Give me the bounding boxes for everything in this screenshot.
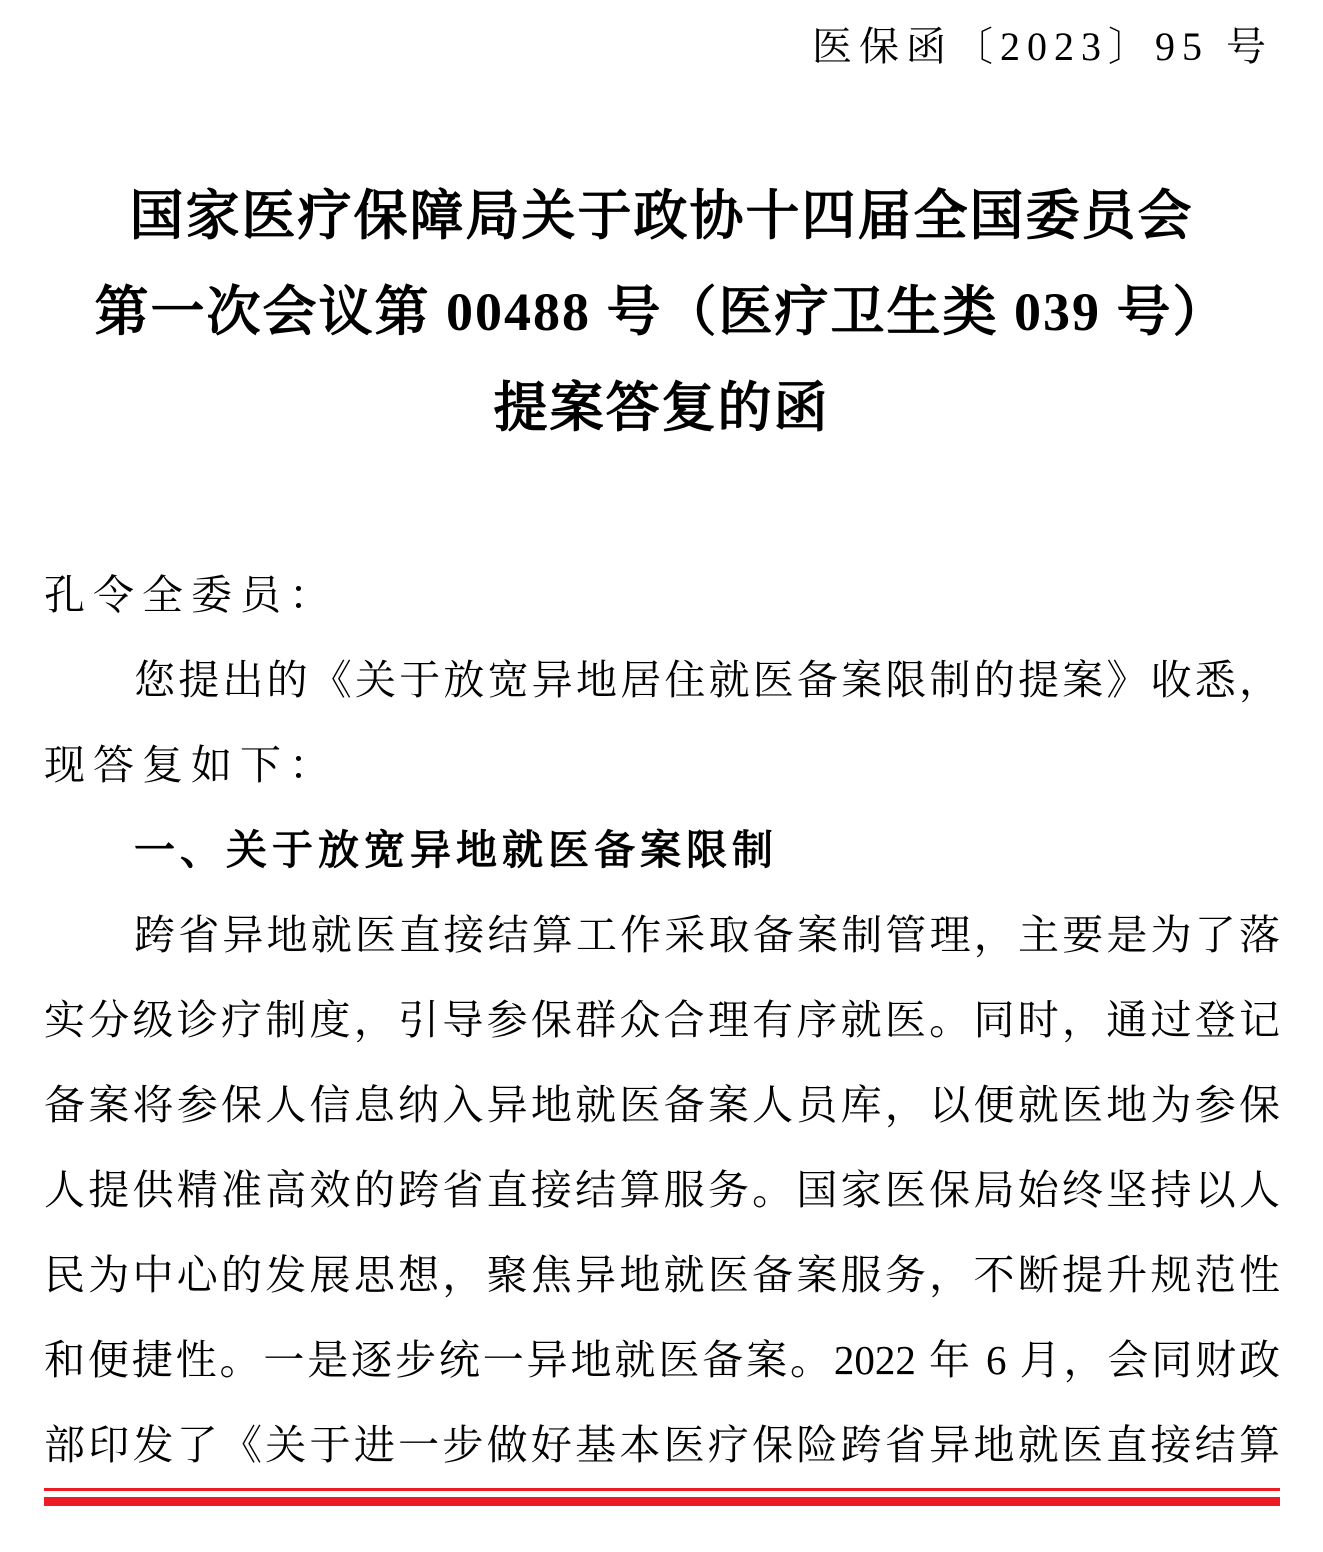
body-line: 现答复如下： xyxy=(44,723,1280,808)
letter-body: 孔令全委员： 您提出的《关于放宽异地居住就医备案限制的提案》收悉， 现答复如下：… xyxy=(44,553,1280,1488)
body-line: 您提出的《关于放宽异地居住就医备案限制的提案》收悉， xyxy=(44,638,1280,723)
body-line: 和便捷性。一是逐步统一异地就医备案。2022 年 6 月，会同财政 xyxy=(44,1318,1280,1403)
title-line-1: 国家医疗保障局关于政协十四届全国委员会 xyxy=(0,168,1323,264)
document-title: 国家医疗保障局关于政协十四届全国委员会 第一次会议第 00488 号（医疗卫生类… xyxy=(0,168,1323,456)
red-separator-thin-line xyxy=(44,1488,1280,1491)
body-line: 跨省异地就医直接结算工作采取备案制管理，主要是为了落 xyxy=(44,893,1280,978)
salutation: 孔令全委员： xyxy=(44,553,1280,638)
body-line: 人提供精准高效的跨省直接结算服务。国家医保局始终坚持以人 xyxy=(44,1148,1280,1233)
red-separator-thick-line xyxy=(44,1497,1280,1506)
document-reference-number: 医保函〔2023〕95 号 xyxy=(812,18,1273,76)
official-letter-page: 医保函〔2023〕95 号 国家医疗保障局关于政协十四届全国委员会 第一次会议第… xyxy=(0,0,1323,1552)
body-line: 部印发了《关于进一步做好基本医疗保险跨省异地就医直接结算 xyxy=(44,1403,1280,1488)
body-line: 民为中心的发展思想，聚焦异地就医备案服务，不断提升规范性 xyxy=(44,1233,1280,1318)
title-line-3: 提案答复的函 xyxy=(0,360,1323,456)
title-line-2: 第一次会议第 00488 号（医疗卫生类 039 号） xyxy=(0,264,1323,360)
body-line: 实分级诊疗制度，引导参保群众合理有序就医。同时，通过登记 xyxy=(44,978,1280,1063)
body-line: 备案将参保人信息纳入异地就医备案人员库，以便就医地为参保 xyxy=(44,1063,1280,1148)
section-heading: 一、关于放宽异地就医备案限制 xyxy=(44,808,1280,893)
